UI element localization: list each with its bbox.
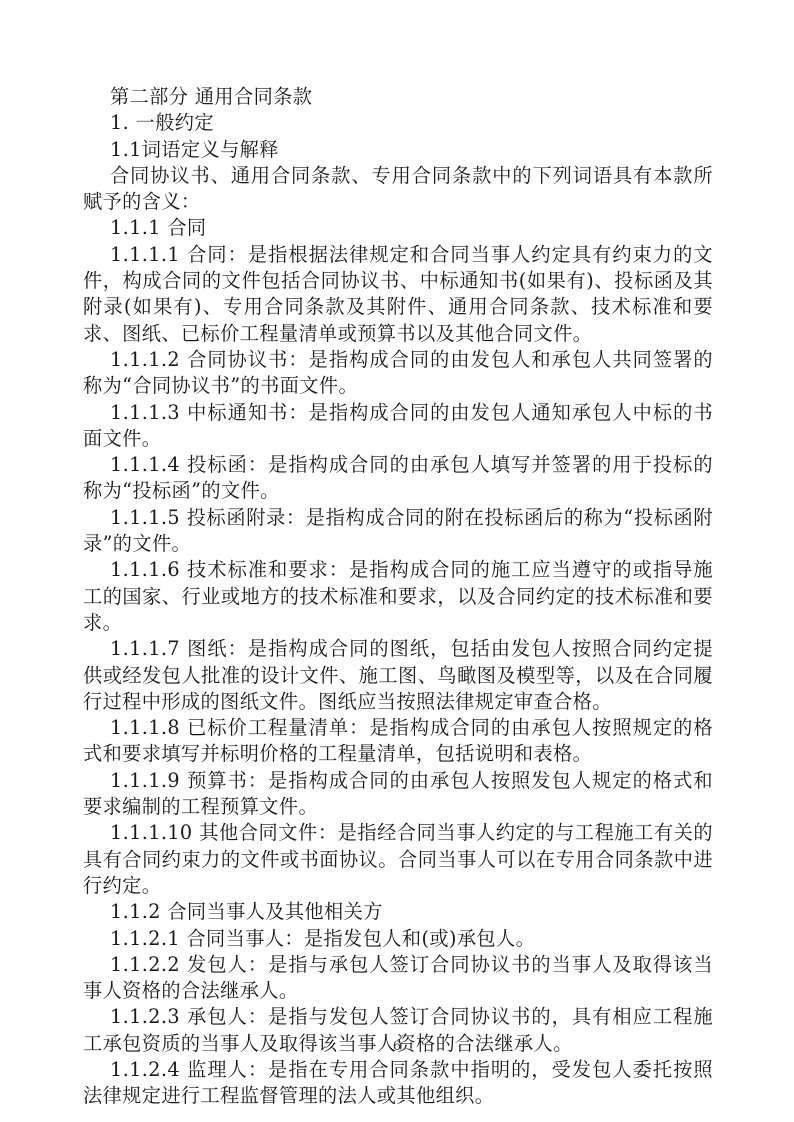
subsection-heading: 1.1词语定义与解释 [83,137,713,163]
clause-paragraph: 1.1.1.8 已标价工程量清单：是指构成合同的由承包人按照规定的格式和要求填写… [83,715,713,768]
clause-paragraph: 1.1.1.9 预算书：是指构成合同的由承包人按照发包人规定的格式和要求编制的工… [83,768,713,821]
clause-paragraph: 1.1.1.7 图纸：是指构成合同的图纸，包括由发包人按照合同约定提供或经发包人… [83,636,713,715]
clause-paragraph: 1.1.1.10 其他合同文件：是指经合同当事人约定的与工程施工有关的具有合同约… [83,820,713,899]
clause-paragraph: 1.1.2.2 发包人：是指与承包人签订合同协议书的当事人及取得该当事人资格的合… [83,952,713,1005]
document-page: 第二部分 通用合同条款 1. 一般约定 1.1词语定义与解释 合同协议书、通用合… [83,84,713,1110]
page-number: 6 [0,1039,794,1054]
section-heading: 1. 一般约定 [83,110,713,136]
part-heading: 第二部分 通用合同条款 [83,84,713,110]
clause-paragraph: 1.1.1.1 合同：是指根据法律规定和合同当事人约定具有约束力的文件，构成合同… [83,242,713,347]
clause-heading: 1.1.2 合同当事人及其他相关方 [83,899,713,925]
clause-paragraph: 1.1.1.2 合同协议书：是指构成合同的由发包人和承包人共同签署的称为“合同协… [83,347,713,400]
clause-paragraph: 1.1.2.1 合同当事人：是指发包人和(或)承包人。 [83,926,713,952]
paragraph: 合同协议书、通用合同条款、专用合同条款中的下列词语具有本款所赋予的含义： [83,163,713,216]
clause-paragraph: 1.1.1.3 中标通知书：是指构成合同的由发包人通知承包人中标的书面文件。 [83,400,713,453]
clause-paragraph: 1.1.1.6 技术标准和要求：是指构成合同的施工应当遵守的或指导施工的国家、行… [83,557,713,636]
clause-paragraph: 1.1.2.4 监理人：是指在专用合同条款中指明的，受发包人委托按照法律规定进行… [83,1057,713,1110]
clause-heading: 1.1.1 合同 [83,215,713,241]
clause-paragraph: 1.1.1.5 投标函附录：是指构成合同的附在投标函后的称为“投标函附录”的文件… [83,505,713,558]
clause-paragraph: 1.1.1.4 投标函：是指构成合同的由承包人填写并签署的用于投标的称为“投标函… [83,452,713,505]
